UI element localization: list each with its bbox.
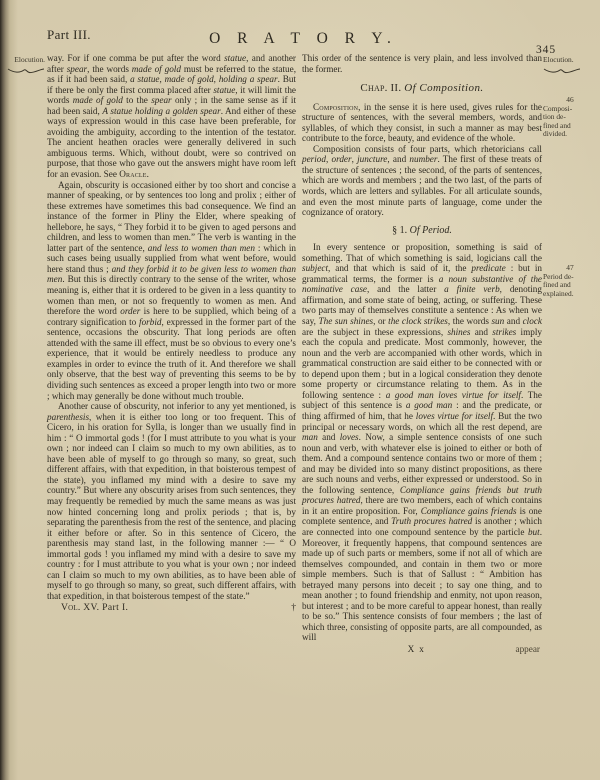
margin-note-47: 47 Period de- fined and explained. [543,264,597,298]
volume-label: Vol. XV. Part I. [47,603,128,614]
body-paragraph: In every sentence or proposition, someth… [302,242,542,643]
flourish-icon [543,66,581,75]
margin-note-text: Period de- fined and explained. [543,273,597,299]
signature-footer: X x appear [302,644,542,656]
flourish-icon [7,66,45,75]
margin-note-label: Elocution. [543,56,597,65]
margin-note-elocution-right: Elocution. [543,56,597,75]
volume-footer: Vol. XV. Part I. † [47,603,296,614]
section-heading: § 1. Of Period. [302,226,542,237]
left-column: way. For if one comma be put after the w… [47,53,296,614]
right-column: This order of the sentence is very plain… [302,53,542,656]
margin-note-text: Composi- tion de- fined and divided. [543,105,597,139]
margin-note-label: Elocution. [2,56,45,65]
body-paragraph: way. For if one comma be put after the w… [47,53,296,180]
body-paragraph: This order of the sentence is very plain… [302,53,542,74]
body-paragraph: Composition consists of four parts, whic… [302,144,542,218]
page-title: O R A T O R Y. [0,30,600,48]
margin-note-46: 46 Composi- tion de- fined and divided. [543,96,597,139]
chapter-heading: Chap. II. Of Composition. [302,83,542,94]
book-page: Part III. O R A T O R Y. 345 Elocution. … [0,0,600,780]
body-paragraph: Composition, in the sense it is here use… [302,102,542,144]
signature-mark: X x [408,644,426,655]
catchword: appear [516,644,540,655]
margin-note-elocution-left: Elocution. [2,56,45,75]
dagger-mark: † [291,603,296,614]
body-paragraph: Again, obscurity is occasioned either by… [47,180,296,401]
body-paragraph: Another cause of obscurity, not inferior… [47,401,296,601]
